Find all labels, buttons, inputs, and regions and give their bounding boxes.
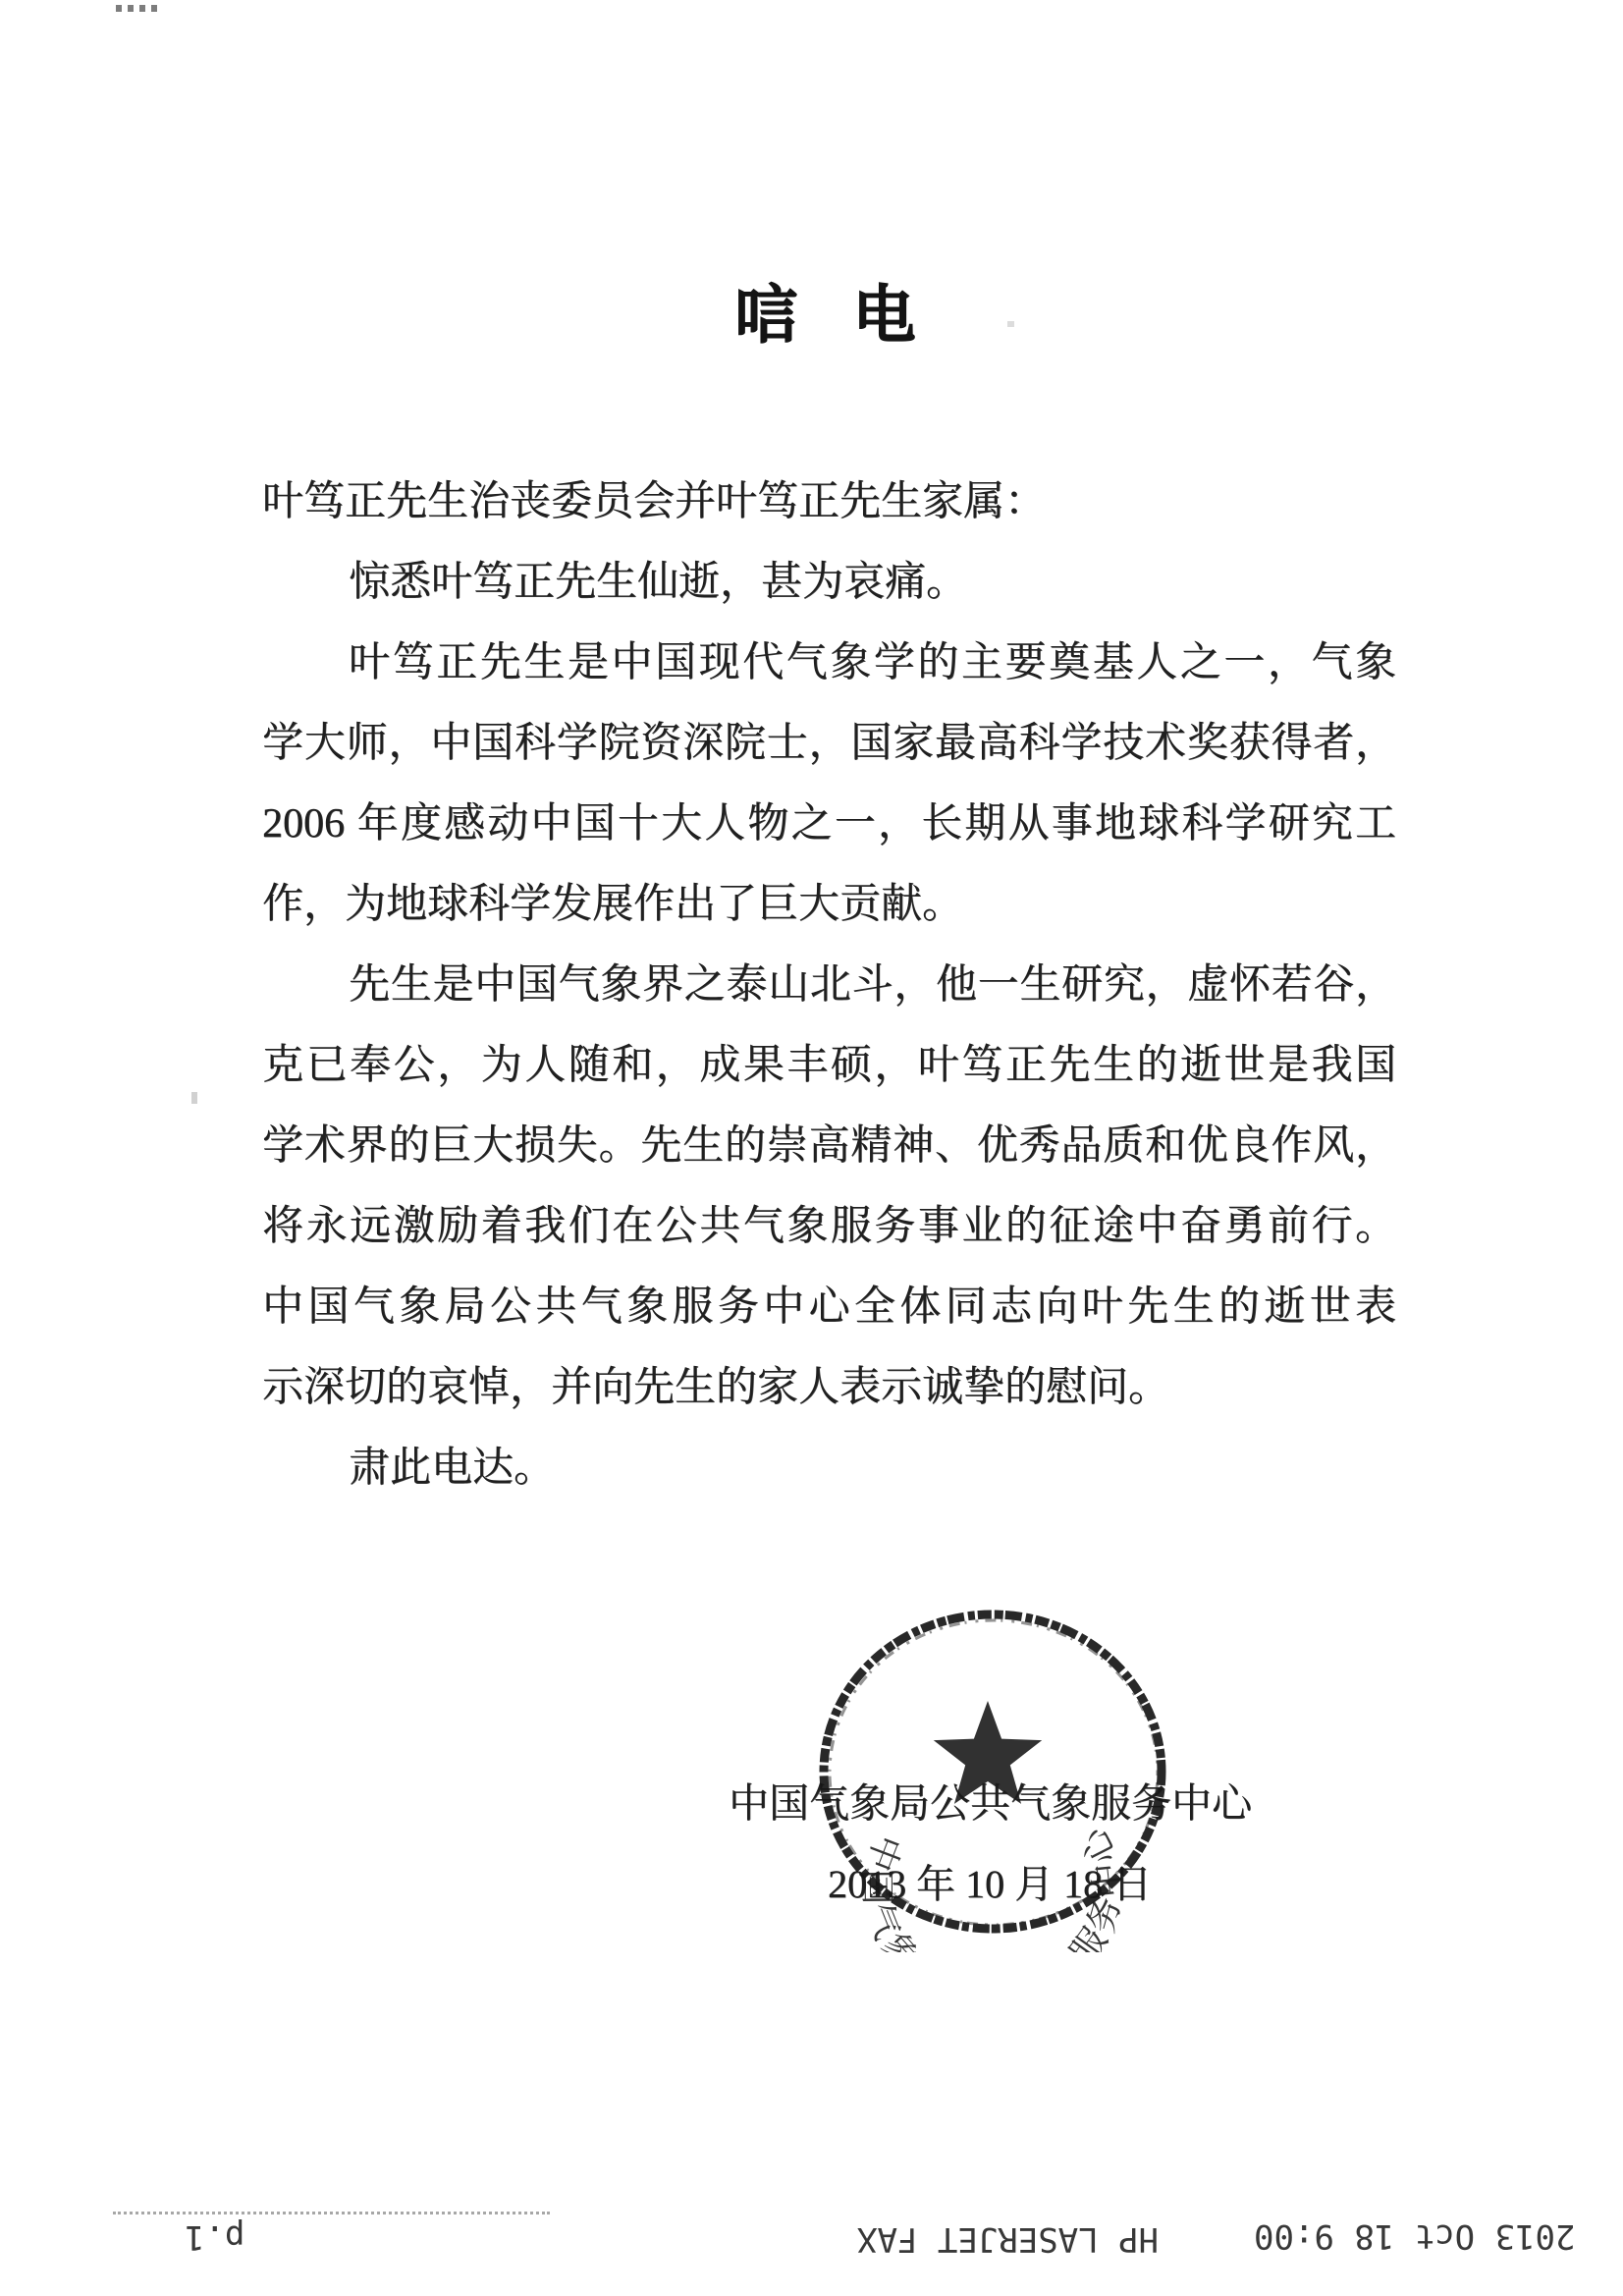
body-line: 学大师，中国科学院资深院士，国家最高科学技术奖获得者， (262, 703, 1396, 784)
scan-artifact (191, 1092, 197, 1104)
body-line: 惊悉叶笃正先生仙逝，甚为哀痛。 (262, 542, 1396, 623)
body-line: 叶笃正先生治丧委员会并叶笃正先生家属： (262, 462, 1396, 542)
official-seal: 中国气象局公共气象服务中心 (805, 1599, 1188, 1952)
fax-document-page: 唁 电 叶笃正先生治丧委员会并叶笃正先生家属：惊悉叶笃正先生仙逝，甚为哀痛。叶笃… (0, 0, 1623, 2296)
body-line: 2006 年度感动中国十大人物之一，长期从事地球科学研究工 (262, 784, 1396, 864)
star-icon (934, 1701, 1042, 1804)
document-title: 唁 电 (0, 265, 1623, 355)
body-line: 学术界的巨大损失。先生的崇高精神、优秀品质和优良作风， (262, 1106, 1396, 1186)
body-line: 示深切的哀悼，并向先生的家人表示诚挚的慰问。 (262, 1347, 1396, 1428)
body-line: 叶笃正先生是中国现代气象学的主要奠基人之一，气象 (262, 623, 1396, 703)
scan-artifact (113, 2212, 550, 2214)
body-line: 中国气象局公共气象服务中心全体同志向叶先生的逝世表 (262, 1267, 1396, 1347)
fax-device-name: HP LASERJET FAX (857, 2219, 1159, 2259)
scan-artifact (1007, 321, 1014, 327)
body-line: 将永远激励着我们在公共气象服务事业的征途中奋勇前行。 (262, 1186, 1396, 1267)
document-body: 叶笃正先生治丧委员会并叶笃正先生家属：惊悉叶笃正先生仙逝，甚为哀痛。叶笃正先生是… (262, 462, 1396, 1508)
fax-page-number: p.1 (185, 2217, 244, 2257)
body-line: 克已奉公，为人随和，成果丰硕，叶笃正先生的逝世是我国 (262, 1025, 1396, 1106)
body-line: 先生是中国气象界之泰山北斗，他一生研究，虚怀若谷， (262, 945, 1396, 1025)
body-line: 肃此电达。 (262, 1428, 1396, 1508)
fax-timestamp: 2013 Oct 18 9:00 (1254, 2216, 1576, 2256)
body-line: 作，为地球科学发展作出了巨大贡献。 (262, 864, 1396, 945)
scan-artifact (116, 5, 157, 12)
